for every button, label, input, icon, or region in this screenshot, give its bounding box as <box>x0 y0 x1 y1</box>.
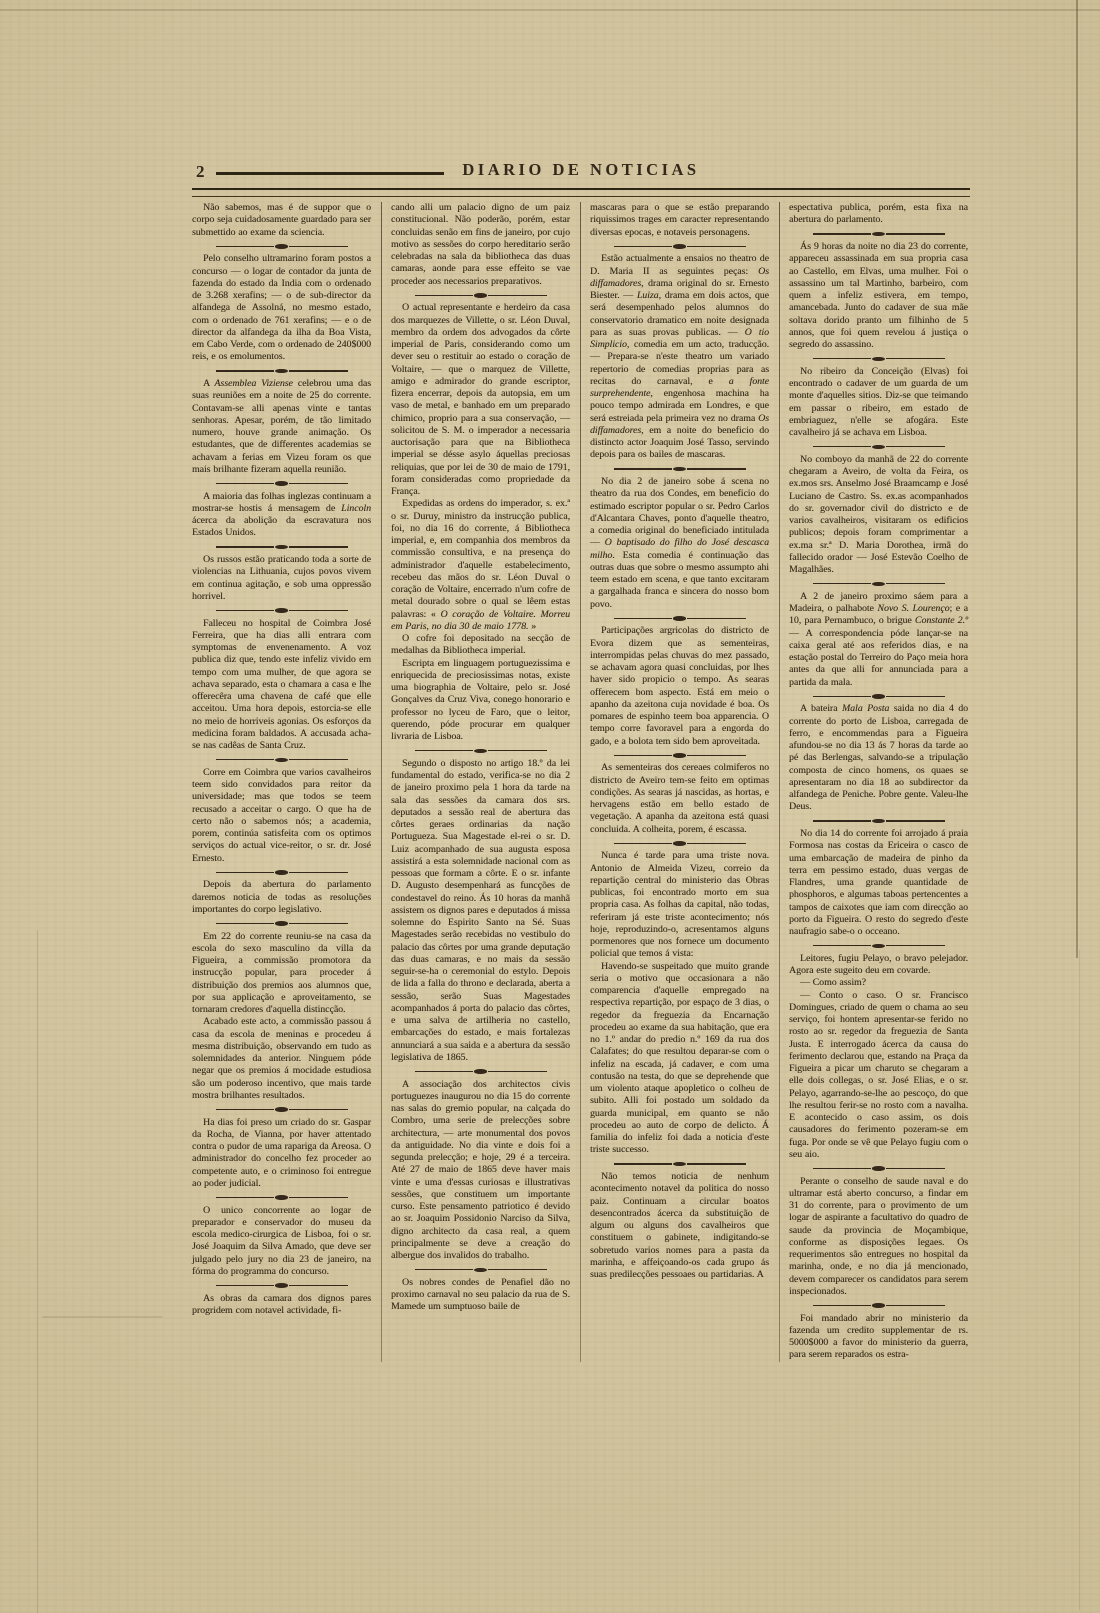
news-paragraph: As obras da camara dos dignos pares prog… <box>192 1293 371 1318</box>
column-rule <box>779 202 780 1362</box>
separator-diamond-icon <box>474 749 487 754</box>
news-paragraph: Perante o conselho de saude naval e do u… <box>789 1176 968 1299</box>
item-separator-ornament <box>216 242 348 251</box>
separator-diamond-icon <box>275 369 288 374</box>
item-separator-ornament <box>614 242 746 251</box>
separator-diamond-icon <box>673 1162 686 1167</box>
news-paragraph: cando alli um palacio digno de um paiz c… <box>391 202 570 288</box>
news-paragraph: Pelo conselho ultramarino foram postos a… <box>192 253 371 363</box>
news-paragraph: Ás 9 horas da noite no dia 23 do corrent… <box>789 241 968 351</box>
column-rule <box>381 202 382 1362</box>
running-head: 2 DIARIO DE NOTICIAS <box>192 158 970 192</box>
separator-diamond-icon <box>872 1166 885 1171</box>
item-separator-ornament <box>813 230 945 239</box>
separator-diamond-icon <box>474 1268 487 1273</box>
separator-diamond-icon <box>673 753 686 758</box>
news-paragraph: Corre em Coimbra que varios cavalheiros … <box>192 767 371 865</box>
news-paragraph: No dia 14 do corrente foi arrojado á pra… <box>789 828 968 938</box>
news-paragraph: Nunca é tarde para uma triste nova. Anto… <box>590 850 769 960</box>
separator-diamond-icon <box>872 819 885 824</box>
separator-diamond-icon <box>275 608 288 613</box>
separator-diamond-icon <box>474 293 487 298</box>
separator-diamond-icon <box>872 694 885 699</box>
masthead-title: DIARIO DE NOTICIAS <box>192 160 970 180</box>
news-paragraph: As sementeiras dos cereaes colmiferos no… <box>590 762 769 836</box>
item-separator-ornament <box>216 1105 348 1114</box>
item-separator-ornament <box>614 1160 746 1169</box>
separator-diamond-icon <box>275 1195 288 1200</box>
separator-diamond-icon <box>275 870 288 875</box>
news-paragraph: Falleceu no hospital de Coimbra José Fer… <box>192 618 371 753</box>
item-separator-ornament <box>813 354 945 363</box>
item-separator-ornament <box>216 868 348 877</box>
item-separator-ornament <box>614 839 746 848</box>
news-paragraph: A maioria das folhas inglezas continuam … <box>192 491 371 540</box>
news-paragraph: Em 22 do corrente reuniu-se na casa da e… <box>192 931 371 1017</box>
item-separator-ornament <box>216 1193 348 1202</box>
newspaper-page-scan: { "header": { "page_number": "2", "masth… <box>0 0 1100 1613</box>
separator-diamond-icon <box>275 481 288 486</box>
column-rule <box>580 202 581 1362</box>
separator-diamond-icon <box>673 616 686 621</box>
news-column-4: espectativa publica, porém, esta fixa na… <box>789 202 968 1362</box>
item-separator-ornament <box>216 479 348 488</box>
news-paragraph: Havendo-se suspeitado que muito grande s… <box>590 961 769 1157</box>
separator-diamond-icon <box>872 445 885 450</box>
item-separator-ornament <box>813 941 945 950</box>
news-paragraph: — Como assim? <box>789 977 968 989</box>
news-column-1: Não sabemos, mas é de suppor que o corpo… <box>192 202 371 1362</box>
item-separator-ornament <box>216 755 348 764</box>
item-separator-ornament <box>813 817 945 826</box>
separator-diamond-icon <box>872 357 885 362</box>
separator-diamond-icon <box>275 244 288 249</box>
separator-diamond-icon <box>872 582 885 587</box>
news-paragraph: O cofre foi depositado na secção de meda… <box>391 633 570 658</box>
item-separator-ornament <box>216 543 348 552</box>
separator-diamond-icon <box>872 232 885 237</box>
columns: Não sabemos, mas é de suppor que o corpo… <box>192 202 970 1362</box>
page-right-edge-lower <box>1079 950 1080 1610</box>
news-paragraph: Foi mandado abrir no ministerio da fazen… <box>789 1313 968 1362</box>
news-paragraph: No dia 2 de janeiro sobe á scena no thea… <box>590 476 769 611</box>
news-paragraph: — Conto o caso. O sr. Francisco Domingue… <box>789 990 968 1162</box>
news-paragraph: A bateira Mala Posta saida no dia 4 do c… <box>789 703 968 813</box>
separator-diamond-icon <box>275 1107 288 1112</box>
page-top-edge <box>0 9 1100 11</box>
news-paragraph: Não sabemos, mas é de suppor que o corpo… <box>192 202 371 239</box>
separator-diamond-icon <box>673 244 686 249</box>
news-paragraph: Participações argricolas do districto de… <box>590 625 769 748</box>
item-separator-ornament <box>216 606 348 615</box>
item-separator-ornament <box>415 746 547 755</box>
masthead-double-rule <box>192 188 970 197</box>
news-paragraph: Depois da abertura do parlamento daremos… <box>192 879 371 916</box>
news-paragraph: No comboyo da manhã de 22 do corrente ch… <box>789 454 968 577</box>
separator-diamond-icon <box>872 1303 885 1308</box>
item-separator-ornament <box>415 291 547 300</box>
news-paragraph: Acabado este acto, a commissão passou á … <box>192 1016 371 1102</box>
item-separator-ornament <box>813 1301 945 1310</box>
separator-diamond-icon <box>275 1283 288 1288</box>
news-paragraph: Segundo o disposto no artigo 18.º da lei… <box>391 758 570 1064</box>
news-paragraph: O actual representante e herdeiro da cas… <box>391 302 570 498</box>
item-separator-ornament <box>813 1164 945 1173</box>
news-paragraph: No ribeiro da Conceição (Elvas) foi enco… <box>789 366 968 440</box>
item-separator-ornament <box>813 692 945 701</box>
item-separator-ornament <box>614 614 746 623</box>
item-separator-ornament <box>813 579 945 588</box>
news-paragraph: Leitores, fugiu Pelayo, o bravo pelejado… <box>789 953 968 978</box>
item-separator-ornament <box>216 1281 348 1290</box>
printed-area: 2 DIARIO DE NOTICIAS Não sabemos, mas é … <box>192 158 970 1362</box>
separator-diamond-icon <box>275 921 288 926</box>
news-paragraph: Ha dias foi preso um criado do sr. Gaspa… <box>192 1117 371 1191</box>
news-paragraph: mascaras para o que se estão preparando … <box>590 202 769 239</box>
item-separator-ornament <box>614 751 746 760</box>
separator-diamond-icon <box>673 841 686 846</box>
separator-diamond-icon <box>275 758 288 763</box>
item-separator-ornament <box>415 1265 547 1274</box>
news-paragraph: Estão actualmente a ensaios no theatro d… <box>590 253 769 461</box>
news-paragraph: A Assemblea Viziense celebrou uma das su… <box>192 378 371 476</box>
item-separator-ornament <box>216 919 348 928</box>
separator-diamond-icon <box>872 944 885 949</box>
item-separator-ornament <box>415 1067 547 1076</box>
news-paragraph: espectativa publica, porém, esta fixa na… <box>789 202 968 227</box>
separator-diamond-icon <box>474 1069 487 1074</box>
item-separator-ornament <box>614 465 746 474</box>
item-separator-ornament <box>216 367 348 376</box>
news-column-2: cando alli um palacio digno de um paiz c… <box>391 202 570 1362</box>
item-separator-ornament <box>813 442 945 451</box>
news-paragraph: Os russos estão praticando toda a sorte … <box>192 554 371 603</box>
news-column-3: mascaras para o que se estão preparando … <box>590 202 769 1362</box>
separator-diamond-icon <box>275 545 288 550</box>
news-paragraph: Não temos noticia de nenhum aconteciment… <box>590 1171 769 1281</box>
news-paragraph: Os nobres condes de Penafiel dão no prox… <box>391 1277 570 1314</box>
news-paragraph: Escripta em linguagem portuguezissima e … <box>391 658 570 744</box>
news-paragraph: A associação dos architectos civis portu… <box>391 1079 570 1263</box>
page-bottom-left-mark <box>42 1316 162 1318</box>
news-paragraph: Expedidas as ordens do imperador, s. ex.… <box>391 498 570 633</box>
page-left-edge <box>37 930 38 1613</box>
separator-diamond-icon <box>673 467 686 472</box>
news-paragraph: A 2 de janeiro proximo sáem para a Madei… <box>789 591 968 689</box>
news-paragraph: O unico concorrente ao logar de preparad… <box>192 1205 371 1279</box>
page-right-edge <box>1076 0 1078 958</box>
